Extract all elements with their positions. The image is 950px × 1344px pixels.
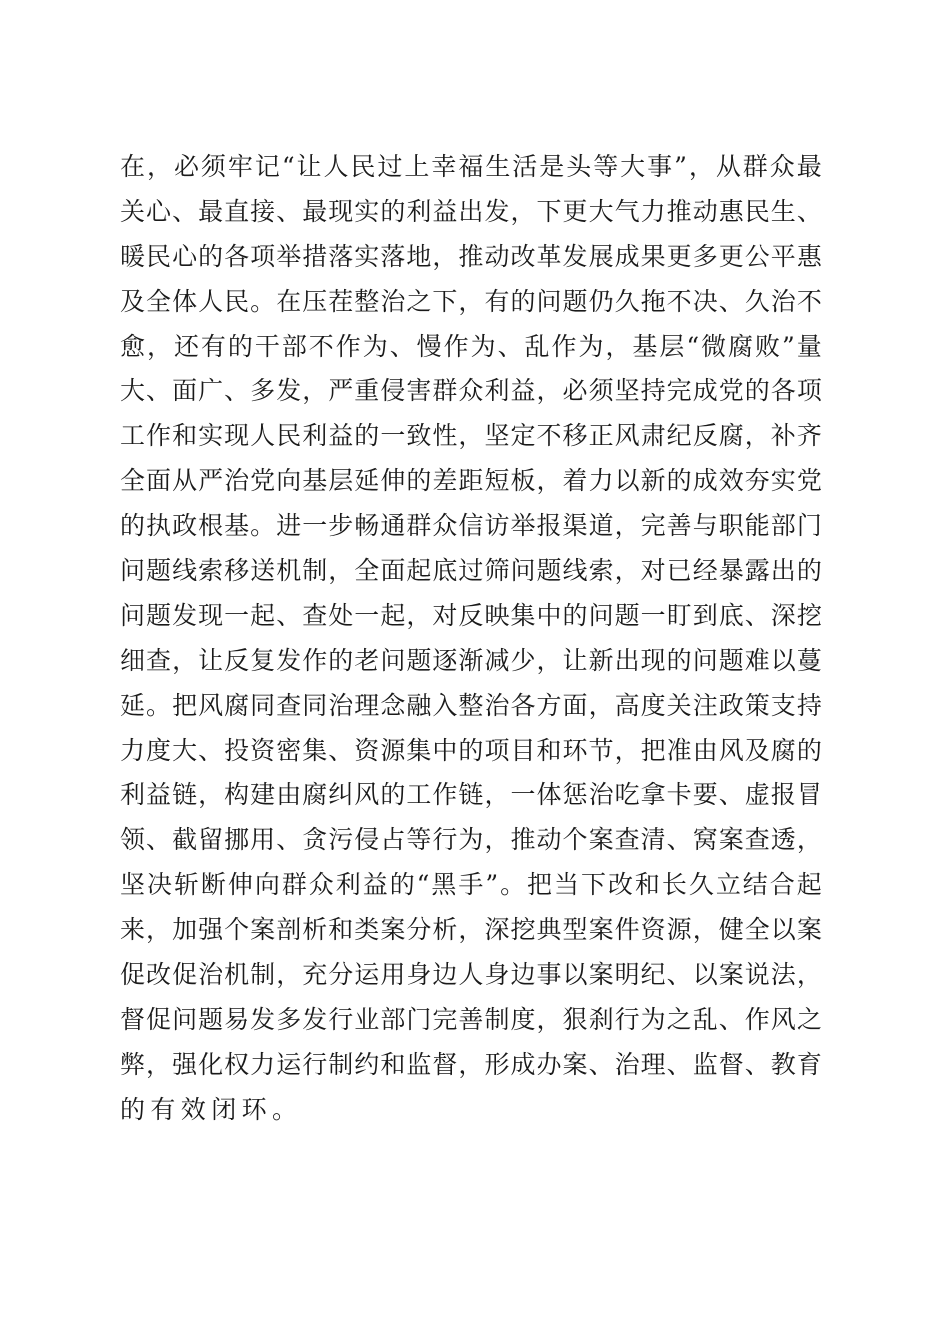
paragraph-line: 大、面广、多发，严重侵害群众利益，必须坚持完成党的各项 [120,369,822,414]
paragraph-line: 力度大、投资密集、资源集中的项目和环节，把准由风及腐的 [120,729,822,774]
paragraph-line: 延。把风腐同查同治理念融入整治各方面，高度关注政策支持 [120,684,822,729]
paragraph-line: 督促问题易发多发行业部门完善制度，狠刹行为之乱、作风之 [120,998,822,1043]
paragraph-line: 全面从严治党向基层延伸的差距短板，着力以新的成效夯实党 [120,459,822,504]
paragraph-line: 在，必须牢记“让人民过上幸福生活是头等大事”，从群众最 [120,145,822,190]
paragraph-line: 坚决斩断伸向群众利益的“黑手”。把当下改和长久立结合起 [120,863,822,908]
paragraph-line: 促改促治机制，充分运用身边人身边事以案明纪、以案说法， [120,953,822,998]
paragraph-line: 关心、最直接、最现实的利益出发，下更大气力推动惠民生、 [120,190,822,235]
paragraph-line: 的执政根基。进一步畅通群众信访举报渠道，完善与职能部门 [120,504,822,549]
paragraph-line: 问题发现一起、查处一起，对反映集中的问题一盯到底、深挖 [120,594,822,639]
document-page: 在，必须牢记“让人民过上幸福生活是头等大事”，从群众最 关心、最直接、最现实的利… [0,0,950,1344]
paragraph-line: 问题线索移送机制，全面起底过筛问题线索，对已经暴露出的 [120,549,822,594]
paragraph-line: 细查，让反复发作的老问题逐渐减少，让新出现的问题难以蔓 [120,639,822,684]
paragraph-line-last: 的有效闭环。 [120,1088,822,1133]
paragraph-line: 领、截留挪用、贪污侵占等行为，推动个案查清、窝案查透， [120,818,822,863]
body-paragraph: 在，必须牢记“让人民过上幸福生活是头等大事”，从群众最 关心、最直接、最现实的利… [120,145,822,1133]
paragraph-line: 暖民心的各项举措落实落地，推动改革发展成果更多更公平惠 [120,235,822,280]
paragraph-line: 工作和实现人民利益的一致性，坚定不移正风肃纪反腐，补齐 [120,414,822,459]
paragraph-line: 愈，还有的干部不作为、慢作为、乱作为，基层“微腐败”量 [120,325,822,370]
paragraph-line: 及全体人民。在压茬整治之下，有的问题仍久拖不决、久治不 [120,280,822,325]
paragraph-line: 来，加强个案剖析和类案分析，深挖典型案件资源，健全以案 [120,908,822,953]
paragraph-line: 利益链，构建由腐纠风的工作链，一体惩治吃拿卡要、虚报冒 [120,773,822,818]
paragraph-line: 弊，强化权力运行制约和监督，形成办案、治理、监督、教育 [120,1043,822,1088]
